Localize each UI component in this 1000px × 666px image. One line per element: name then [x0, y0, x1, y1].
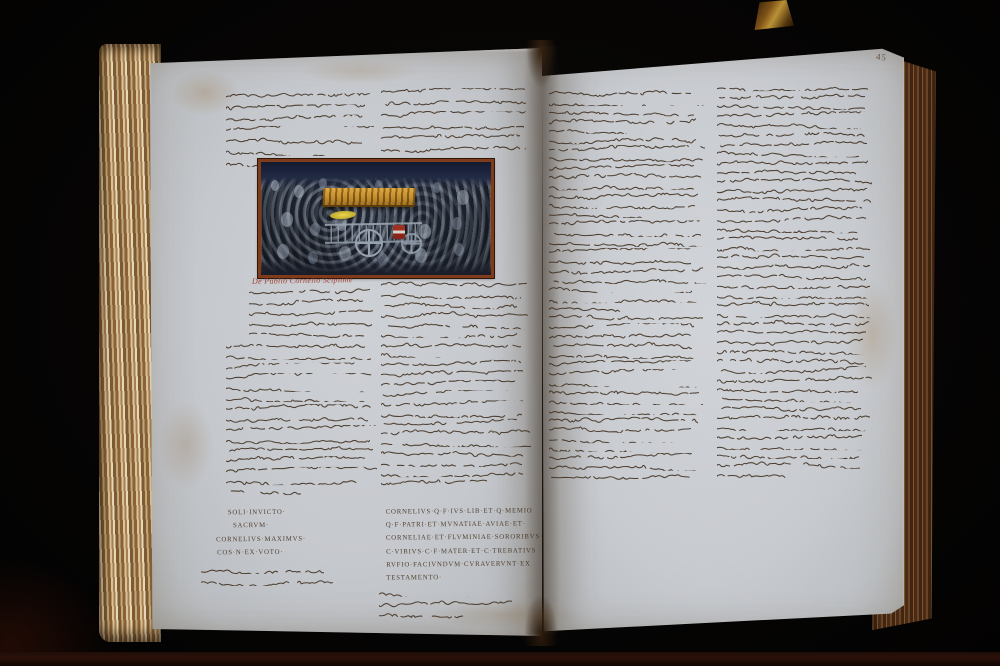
crowd-figures	[271, 180, 279, 191]
text-column-left-mid-indent	[249, 287, 375, 341]
inscription-line: C·VIBIVS·C·F·MATER·ET·C·TREBATIVS	[386, 544, 543, 559]
inscription-altar: SOLI·INVICTO·SACRVM·CORNELIVS·MAXIMVS·CO…	[216, 506, 306, 560]
stain	[300, 58, 420, 84]
inscription-line: COS·N·EX·VOTO·	[217, 546, 306, 560]
text-column-right-1	[549, 89, 706, 481]
cart-wheel	[355, 229, 383, 257]
inscription-line: CORNELIVS·MAXIMVS·	[216, 532, 306, 546]
red-emblem	[393, 225, 405, 239]
body-on-bier	[330, 210, 356, 220]
funeral-canopy	[323, 188, 416, 207]
inscription-line: Q·F·PATRI·ET·MVNATIAE·AVIAE·ET·	[386, 518, 543, 533]
clasp-glint	[752, 0, 794, 30]
gutter-headband	[526, 40, 556, 88]
note-under-tomb-inscription	[379, 589, 527, 622]
inscription-line: CORNELIAE·ET·FLVMINIAE·SORORIBVS·	[386, 531, 543, 546]
miniature	[258, 159, 494, 278]
text-column-right-2	[717, 83, 873, 479]
text-column-left-lower-right	[381, 281, 532, 489]
inscription-line: SOLI·INVICTO·	[228, 506, 306, 520]
inscription-line: SACRVM·	[233, 519, 306, 533]
folio-number: 45	[876, 51, 888, 62]
table-edge	[0, 652, 1000, 666]
inscription-tomb: CORNELIVS·Q·F·IVS·LIB·ET·Q·MEMIOQ·F·PATR…	[386, 504, 544, 585]
sky	[261, 162, 491, 187]
text-column-left-mid-main	[226, 342, 377, 498]
ground-shadow	[261, 261, 491, 275]
note-under-altar-inscription	[201, 566, 337, 590]
inscription-line: RVFIO·FACIVNDVM·CVRAVERVNT·EX	[386, 557, 543, 572]
light-glow	[0, 560, 110, 666]
stain	[158, 400, 214, 490]
inscription-line: CORNELIVS·Q·F·IVS·LIB·ET·Q·MEMIO	[386, 504, 543, 519]
text-column-left-top-b	[381, 88, 533, 169]
crowd-scene	[261, 162, 491, 275]
photo-background: De Publio Cornelio Scipione SOLI·INVICTO…	[0, 0, 1000, 666]
inscription-line: TESTAMENTO·	[386, 570, 543, 585]
rubric-text: De Publio Cornelio Scipione	[252, 275, 353, 286]
